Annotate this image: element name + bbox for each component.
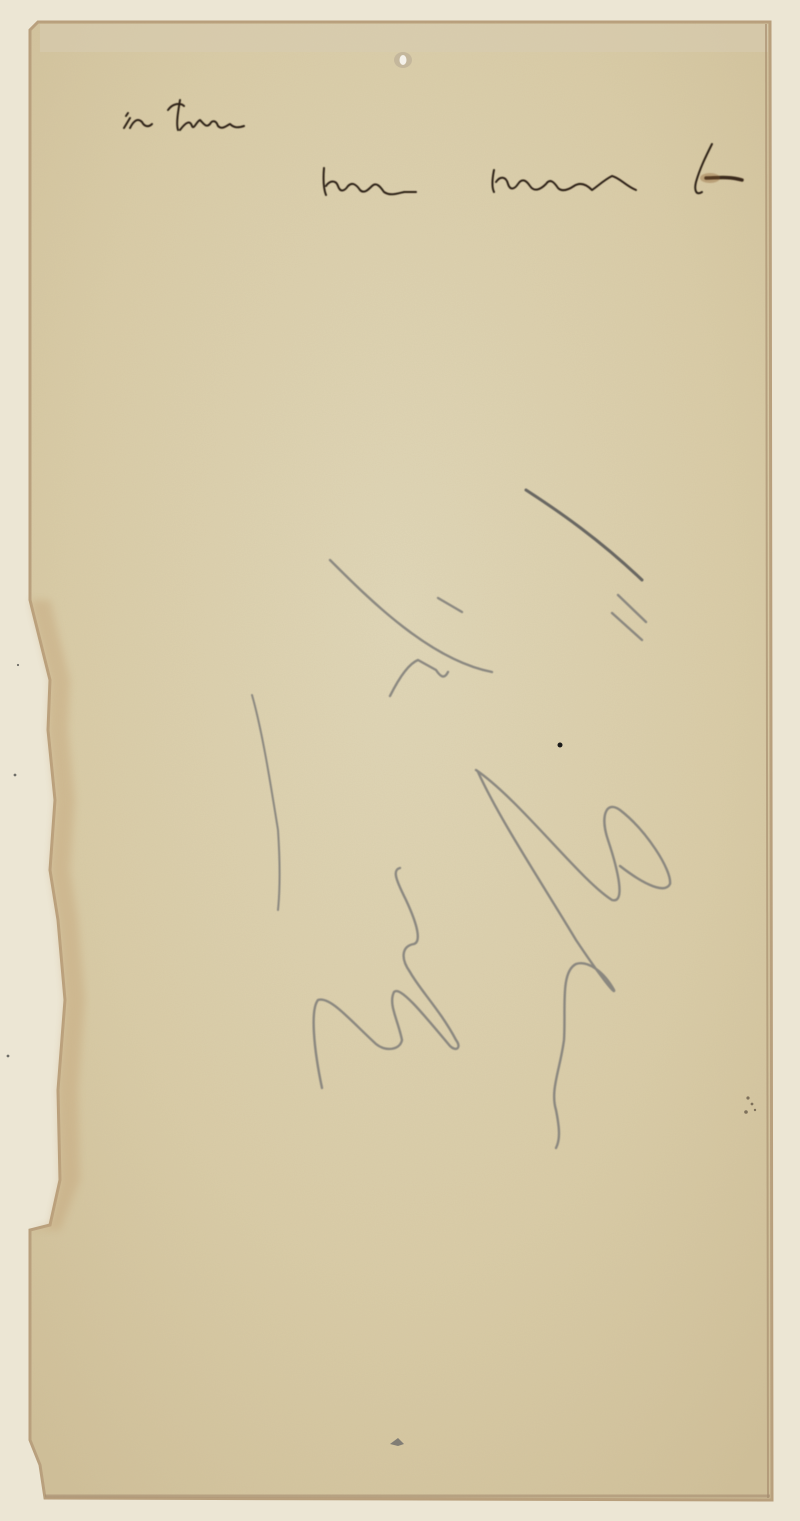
pin-hole xyxy=(394,52,412,68)
paper-photograph xyxy=(0,0,800,1521)
paper-sheet xyxy=(30,22,772,1500)
ink-dot xyxy=(558,743,563,748)
